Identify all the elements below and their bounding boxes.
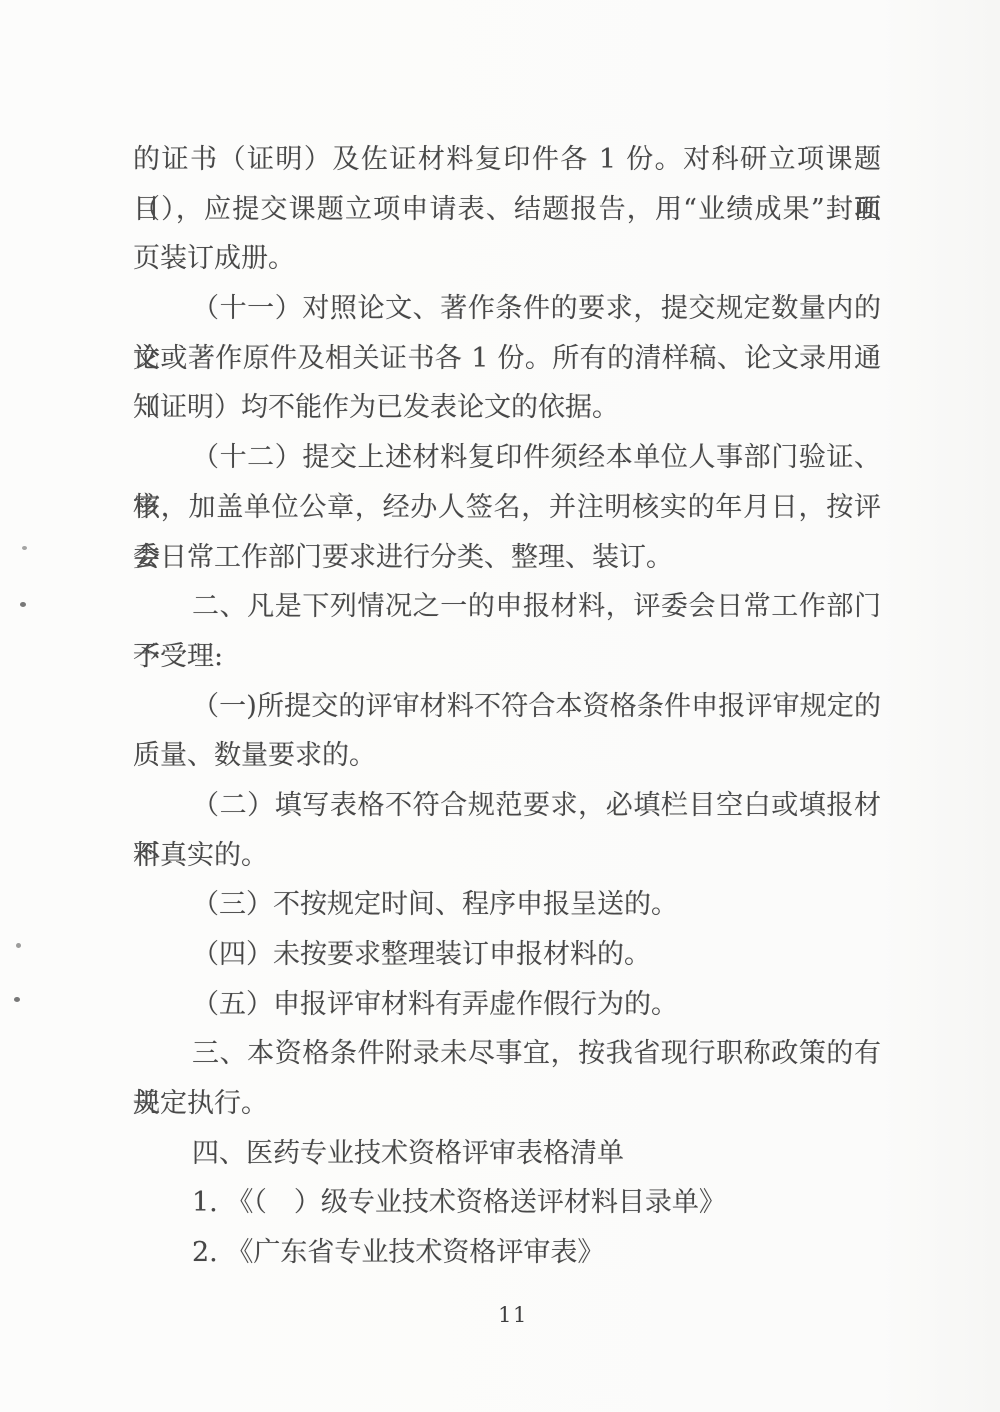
text-line: （二）填写表格不符合规范要求，必填栏目空白或填报材料 xyxy=(133,781,881,831)
scanned-document-page: 的证书（证明）及佐证材料复印件各 1 份。对科研立项课题（项 目），应提交课题立… xyxy=(0,0,1000,1412)
text-line: （一)所提交的评审材料不符合本资格条件申报评审规定的 xyxy=(133,682,881,732)
text-line: 的证书（证明）及佐证材料复印件各 1 份。对科研立项课题（项 xyxy=(133,135,881,185)
scan-speck-artifact xyxy=(16,943,21,948)
page-number: 11 xyxy=(0,1303,1000,1327)
text-line: （十二）提交上述材料复印件须经本单位人事部门验证、审 xyxy=(133,433,881,483)
scan-speck-artifact xyxy=(14,997,20,1002)
text-line: 目），应提交课题立项申请表、结题报告，用“业绩成果”封面 xyxy=(133,185,881,235)
text-line: 二、凡是下列情况之一的申报材料，评委会日常工作部门不 xyxy=(133,582,881,632)
text-line: 1. 《（ ）级专业技术资格送评材料目录单》 xyxy=(133,1178,881,1228)
text-line: （四）未按要求整理装订申报材料的。 xyxy=(133,930,881,980)
text-line: 质量、数量要求的。 xyxy=(133,731,881,781)
text-line: 核，加盖单位公章，经办人签名，并注明核实的年月日，按评委 xyxy=(133,483,881,533)
text-line: 规定执行。 xyxy=(133,1079,881,1129)
text-line: （十一）对照论文、著作条件的要求，提交规定数量内的论 xyxy=(133,284,881,334)
text-line: 予受理: xyxy=(133,632,881,682)
text-line: （五）申报评审材料有弄虚作假行为的。 xyxy=(133,980,881,1030)
text-line: 文或著作原件及相关证书各 1 份。所有的清样稿、论文录用通知 xyxy=(133,334,881,384)
text-line: （三）不按规定时间、程序申报呈送的。 xyxy=(133,880,881,930)
text-line: 三、本资格条件附录未尽事宜，按我省现行职称政策的有关 xyxy=(133,1029,881,1079)
text-line: 页装订成册。 xyxy=(133,234,881,284)
text-line: （证明）均不能作为已发表论文的依据。 xyxy=(133,383,881,433)
text-line: 不真实的。 xyxy=(133,831,881,881)
text-line: 2. 《广东省专业技术资格评审表》 xyxy=(133,1228,881,1278)
scan-speck-artifact xyxy=(22,546,27,550)
scan-speck-artifact xyxy=(20,602,26,607)
text-line: 四、医药专业技术资格评审表格清单 xyxy=(133,1129,881,1179)
document-body: 的证书（证明）及佐证材料复印件各 1 份。对科研立项课题（项 目），应提交课题立… xyxy=(133,135,881,1278)
text-line: 会日常工作部门要求进行分类、整理、装订。 xyxy=(133,533,881,583)
